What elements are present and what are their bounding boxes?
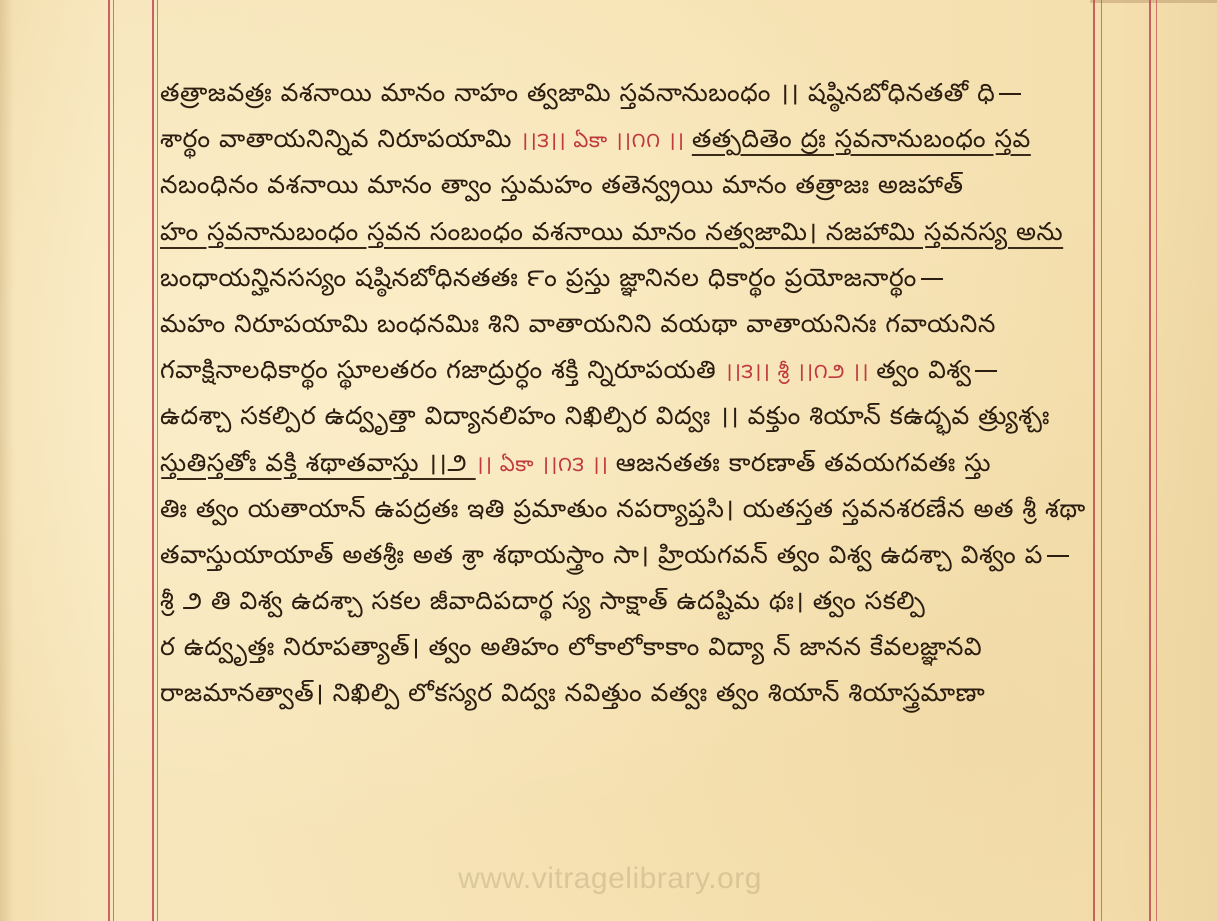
line-text: మహం నిరూపయామి బంధనమిః శిని వాతాయనిని వయథ…	[160, 309, 996, 338]
line-text: రాజమానత్వాత్। నిఖిల్పి లోకస్యర విద్వః నవ…	[160, 678, 985, 707]
right-margin-rule-outer-2	[1156, 0, 1157, 921]
manuscript-text: తత్రాజవత్రః వశనాయి మానం నాహం త్వజామి స్త…	[160, 70, 1110, 717]
line-text: తవాస్తుయాయాత్ అతశ్రీః అత శ్రా శథాయస్త్రా…	[160, 540, 1043, 569]
rubric-text: ।। ఏకా ।।౧౩ ।।	[476, 452, 616, 476]
line-text: శ్రీ ౨ తి విశ్వ ఉదశ్చా సకల జీవాదిపదార్థ …	[160, 586, 925, 615]
text-line-8: ఉదశ్చా సకల్పిర ఉద్వృత్తా విద్యానలిహం నిఖ…	[160, 393, 1110, 439]
line-text: శార్థం వాతాయనిన్నివ నిరూపయామి	[160, 124, 520, 153]
line-text: హం స్తవనానుబంధం స్తవన సంబంధం వశనాయి మానం…	[160, 217, 1063, 246]
line-text: ర ఉద్వృత్తః నిరూపత్యాత్। త్వం అతిహం లోకా…	[160, 632, 982, 661]
line-text: స్తుతిస్తతోః వక్తి శథాతవాస్తు ।।౨	[160, 448, 476, 477]
line-continuation-dash	[999, 93, 1021, 95]
left-margin-rule-outer-2	[113, 0, 114, 921]
line-text: త్వం విశ్వ	[876, 355, 971, 384]
text-line-9: స్తుతిస్తతోః వక్తి శథాతవాస్తు ।।౨ ।। ఏకా…	[160, 440, 1110, 486]
text-line-13: ర ఉద్వృత్తః నిరూపత్యాత్। త్వం అతిహం లోకా…	[160, 624, 1110, 670]
text-line-10: తిః త్వం యతాయాన్ ఉపద్రతః ఇతి ప్రమాతుం నప…	[160, 486, 1110, 532]
rubric-text: ।।౩।। శ్రీ ।।౧౨ ।।	[725, 359, 877, 383]
line-text: షష్ఠినబోధినతతో ధి	[808, 78, 995, 107]
text-line-14: రాజమానత్వాత్। నిఖిల్పి లోకస్యర విద్వః నవ…	[160, 670, 1110, 716]
line-text: తత్రాజవత్రః వశనాయి మానం నాహం త్వజామి స్త…	[160, 78, 808, 107]
line-continuation-dash	[921, 278, 943, 280]
line-text: ఆజనతతః కారణాత్ తవయగవతః స్తు	[616, 448, 991, 477]
line-text: బంధాయన్హినసస్యం షష్ఠినబోధినతతః ౯ం ప్రస్త…	[160, 263, 917, 292]
text-line-7: గవాక్షినాలధికార్థం స్థూలతరం గజాద్రుర్ధం …	[160, 347, 1110, 393]
line-continuation-dash	[975, 370, 997, 372]
text-line-5: బంధాయన్హినసస్యం షష్ఠినబోధినతతః ౯ం ప్రస్త…	[160, 255, 1110, 301]
manuscript-page: తత్రాజవత్రః వశనాయి మానం నాహం త్వజామి స్త…	[0, 0, 1217, 921]
line-text: గవాక్షినాలధికార్థం స్థూలతరం గజాద్రుర్ధం …	[160, 355, 725, 384]
line-text: తత్పదితెం ద్రః స్తవనానుబంధం స్తవ	[692, 124, 1031, 153]
library-watermark: www.vitragelibrary.org	[430, 862, 790, 896]
line-text: తిః త్వం యతాయాన్ ఉపద్రతః ఇతి ప్రమాతుం నప…	[160, 494, 1086, 523]
text-line-1: తత్రాజవత్రః వశనాయి మానం నాహం త్వజామి స్త…	[160, 70, 1110, 116]
text-line-6: మహం నిరూపయామి బంధనమిః శిని వాతాయనిని వయథ…	[160, 301, 1110, 347]
left-margin-rule-inner-2	[157, 0, 158, 921]
text-line-3: నబంధినం వశనాయి మానం త్వాం స్తుమహం తతెన్వ…	[160, 162, 1110, 208]
text-line-11: తవాస్తుయాయాత్ అతశ్రీః అత శ్రా శథాయస్త్రా…	[160, 532, 1110, 578]
left-margin-rule-outer	[108, 0, 110, 921]
page-edge-shadow	[0, 0, 14, 921]
text-line-2: శార్థం వాతాయనిన్నివ నిరూపయామి ।।౩।। ఏకా …	[160, 116, 1110, 162]
line-text: ఉదశ్చా సకల్పిర ఉద్వృత్తా విద్యానలిహం నిఖ…	[160, 401, 1050, 430]
page-top-edge	[1090, 0, 1217, 3]
right-margin-rule-outer	[1149, 0, 1151, 921]
text-line-12: శ్రీ ౨ తి విశ్వ ఉదశ్చా సకల జీవాదిపదార్థ …	[160, 578, 1110, 624]
line-continuation-dash	[1047, 555, 1069, 557]
rubric-text: ।।౩।। ఏకా ।।౧౧ ।।	[520, 128, 691, 152]
left-margin-rule-inner	[152, 0, 154, 921]
line-text: నబంధినం వశనాయి మానం త్వాం స్తుమహం తతెన్వ…	[160, 170, 963, 199]
text-line-4: హం స్తవనానుబంధం స్తవన సంబంధం వశనాయి మానం…	[160, 209, 1110, 255]
